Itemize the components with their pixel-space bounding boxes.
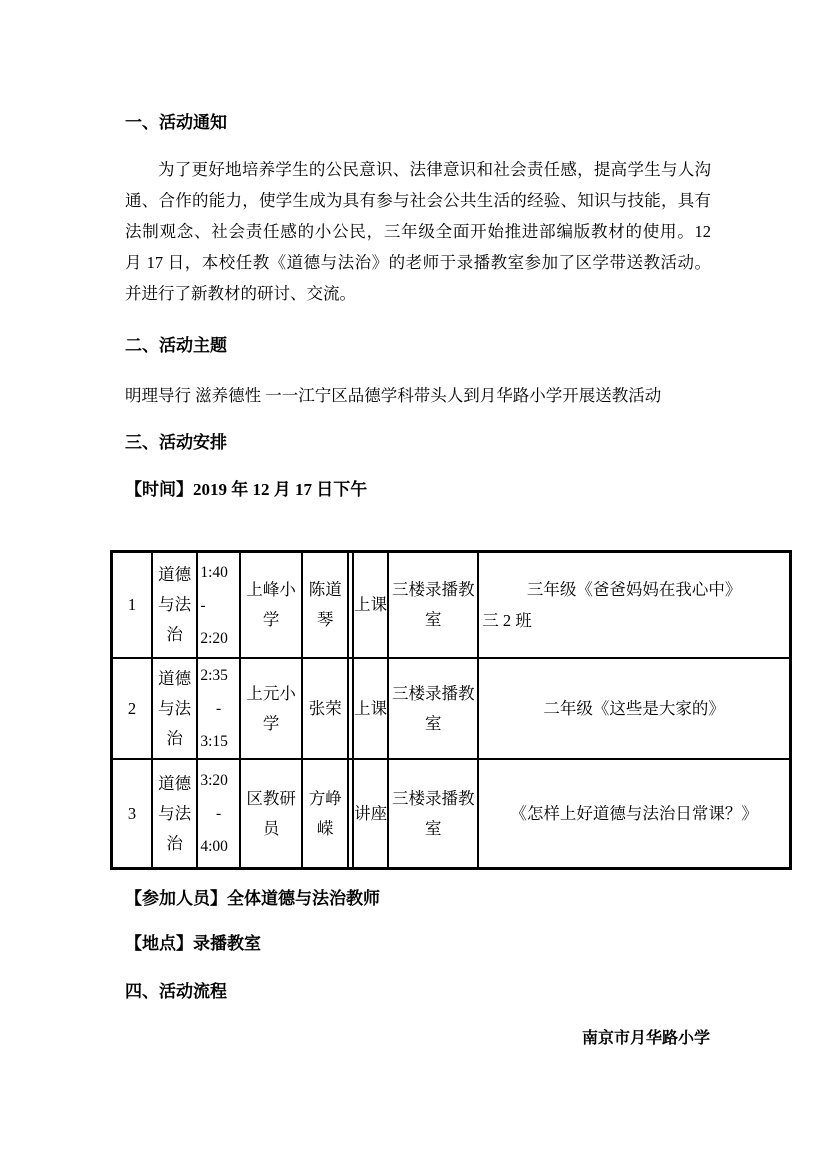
cell-activity-type: 上课 (353, 658, 388, 759)
schedule-table: 1 道德 与法 治 1:40 - 2:20 上峰小 学 陈道 琴 上课 三楼录播… (110, 550, 792, 870)
cell-school: 区教研 员 (240, 759, 303, 869)
section3-heading: 三、活动安排 (125, 432, 827, 454)
cell-topic: 三年级《爸爸妈妈在我心中》 三 2 班 (478, 552, 790, 659)
time-separator: - (198, 589, 238, 622)
signature: 南京市月华路小学 (125, 1028, 738, 1050)
time-start: 2:35 (198, 659, 238, 692)
time-line: 【时间】2019 年 12 月 17 日下午 (125, 479, 827, 501)
cell-school: 上峰小 学 (240, 552, 303, 659)
cell-teacher: 张荣 (302, 658, 347, 759)
table-row: 2 道德 与法 治 2:35 - 3:15 上元小 学 张荣 上课 三楼录播教 … (112, 658, 791, 759)
paragraph-line: 月 17 日，本校任教《道德与法治》的老师于录播教室参加了区学带送教活动。 (125, 247, 711, 278)
cell-activity-type: 讲座 (353, 759, 388, 869)
cell-location: 三楼录播教 室 (388, 658, 478, 759)
cell-subject: 道德 与法 治 (152, 658, 197, 759)
topic-title: 三年级《爸爸妈妈在我心中》 (479, 574, 789, 605)
participants-line: 【参加人员】全体道德与法治教师 (125, 888, 827, 910)
time-separator: - (198, 692, 238, 725)
cell-topic: 二年级《这些是大家的》 (478, 658, 790, 759)
cell-location: 三楼录播教 室 (388, 552, 478, 659)
time-end: 4:00 (198, 830, 238, 863)
cell-subject: 道德 与法 治 (152, 552, 197, 659)
paragraph-line: 并进行了新教材的研讨、交流。 (125, 278, 711, 309)
document-page: 一、活动通知 为了更好地培养学生的公民意识、法律意识和社会责任感，提高学生与人沟… (0, 0, 827, 1170)
cell-school: 上元小 学 (240, 658, 303, 759)
theme-line: 明理导行 滋养德性 一一江宁区品德学科带头人到月华路小学开展送教活动 (125, 384, 725, 408)
paragraph-line: 为了更好地培养学生的公民意识、法律意识和社会责任感，提高学生与人沟 (125, 154, 711, 185)
paragraph-line: 通、合作的能力，使学生成为具有参与社会公共生活的经验、知识与技能，具有 (125, 185, 711, 216)
notice-paragraph: 为了更好地培养学生的公民意识、法律意识和社会责任感，提高学生与人沟 通、合作的能… (125, 154, 711, 309)
paragraph-line: 法制观念、社会责任感的小公民，三年级全面开始推进部编版教材的使用。12 (125, 216, 711, 247)
cell-topic: 《怎样上好道德与法治日常课？》 (478, 759, 790, 869)
section4-heading: 四、活动流程 (125, 981, 827, 1003)
time-end: 2:20 (198, 622, 238, 655)
cell-teacher: 陈道 琴 (302, 552, 347, 659)
time-start: 3:20 (198, 764, 238, 797)
section1-heading: 一、活动通知 (125, 112, 827, 134)
time-start: 1:40 (198, 556, 238, 589)
time-separator: - (198, 797, 238, 830)
section2-heading: 二、活动主题 (125, 335, 827, 357)
cell-location: 三楼录播教 室 (388, 759, 478, 869)
cell-subject: 道德 与法 治 (152, 759, 197, 869)
table-row: 3 道德 与法 治 3:20 - 4:00 区教研 员 方峥 嵘 讲座 三楼录播… (112, 759, 791, 869)
cell-time: 2:35 - 3:15 (197, 658, 239, 759)
topic-title: 《怎样上好道德与法治日常课？》 (479, 798, 789, 829)
time-end: 3:15 (198, 725, 238, 758)
cell-time: 3:20 - 4:00 (197, 759, 239, 869)
cell-index: 1 (112, 552, 152, 659)
cell-teacher: 方峥 嵘 (302, 759, 347, 869)
cell-activity-type: 上课 (353, 552, 388, 659)
cell-index: 2 (112, 658, 152, 759)
location-line: 【地点】录播教室 (125, 933, 827, 955)
cell-index: 3 (112, 759, 152, 869)
topic-title: 二年级《这些是大家的》 (479, 693, 789, 724)
cell-time: 1:40 - 2:20 (197, 552, 239, 659)
topic-class: 三 2 班 (479, 605, 789, 636)
table-row: 1 道德 与法 治 1:40 - 2:20 上峰小 学 陈道 琴 上课 三楼录播… (112, 552, 791, 659)
